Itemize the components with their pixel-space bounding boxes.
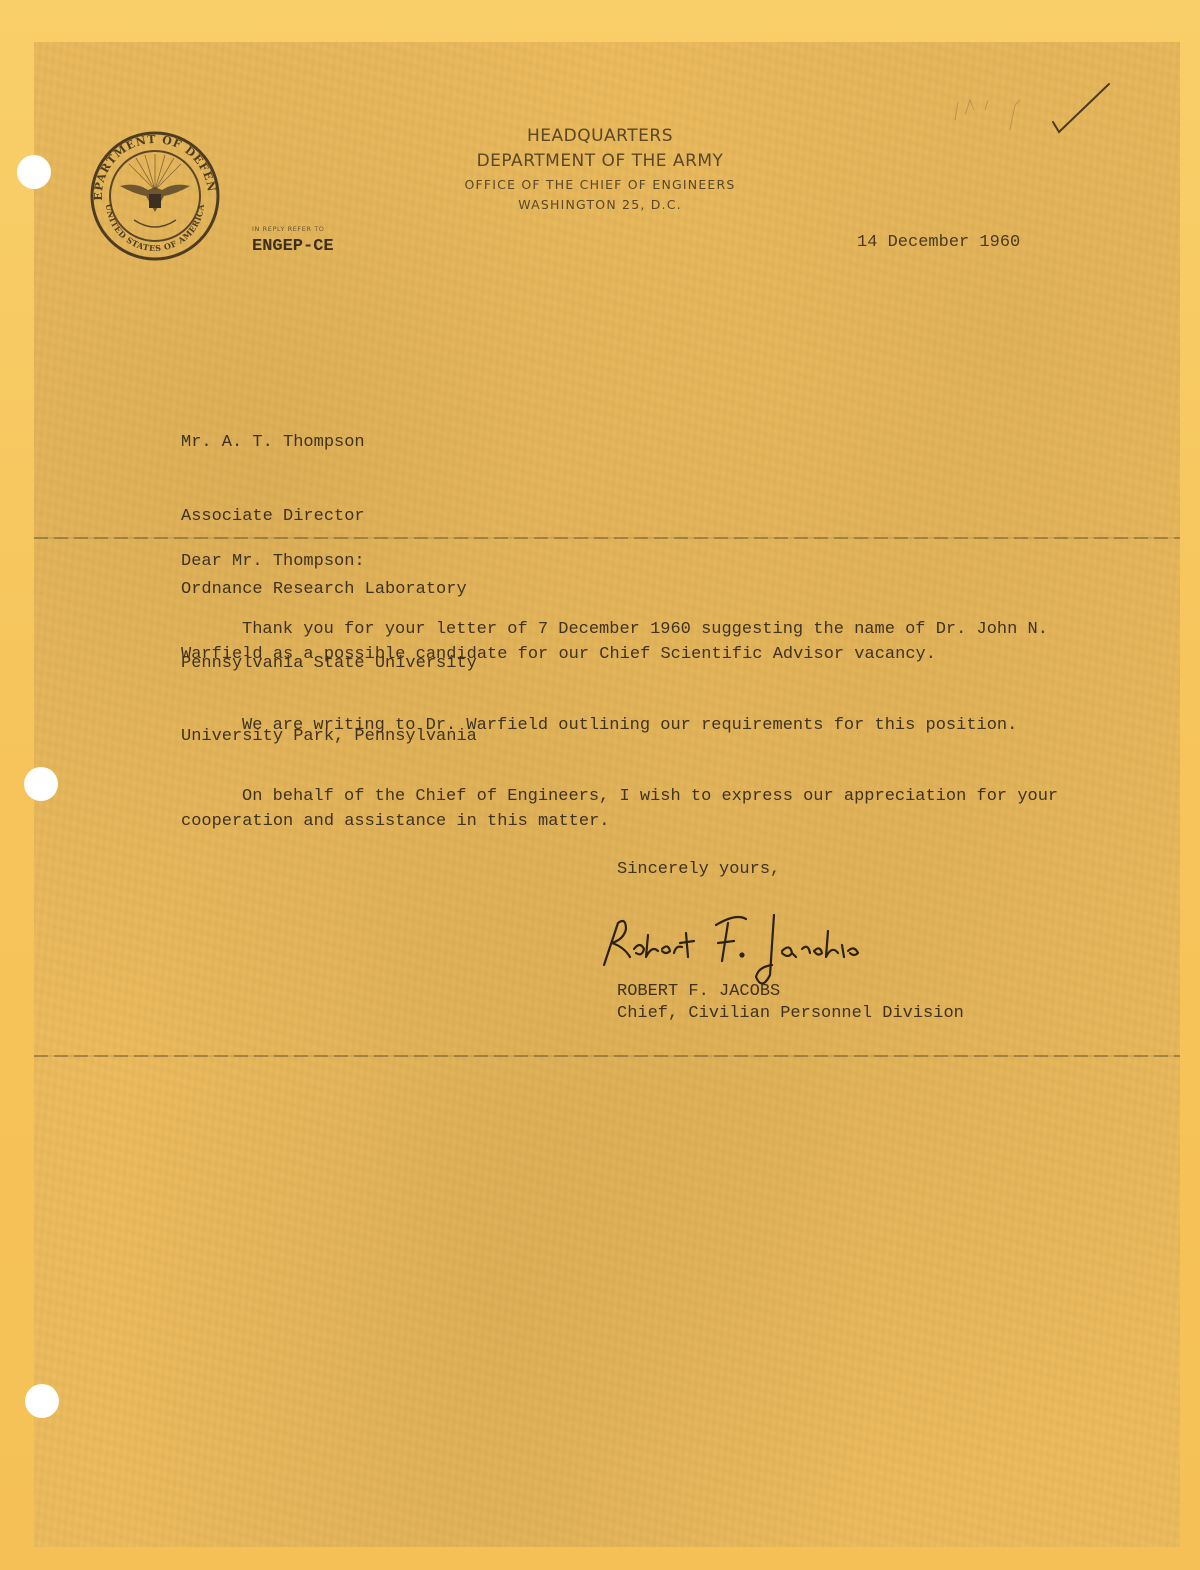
body-paragraph: Thank you for your letter of 7 December … xyxy=(181,618,1101,667)
paragraph-text: On behalf of the Chief of Engineers, I w… xyxy=(181,787,1058,831)
body-paragraph: We are writing to Dr. Warfield outlining… xyxy=(181,714,1101,739)
letterhead-department: DEPARTMENT OF THE ARMY xyxy=(400,148,800,174)
recipient-name: Mr. A. T. Thompson xyxy=(181,431,477,456)
reference-code: ENGEP-CE xyxy=(252,237,334,256)
check-icon xyxy=(1045,80,1115,140)
salutation: Dear Mr. Thompson: xyxy=(181,550,365,575)
body-paragraph: On behalf of the Chief of Engineers, I w… xyxy=(181,785,1101,834)
letter-date: 14 December 1960 xyxy=(857,233,1020,252)
fold-line xyxy=(34,1055,1180,1057)
letterhead-address: WASHINGTON 25, D.C. xyxy=(400,196,800,214)
letterhead: HEADQUARTERS DEPARTMENT OF THE ARMY OFFI… xyxy=(400,124,800,214)
recipient-title: Associate Director xyxy=(181,505,477,530)
letterhead-office: OFFICE OF THE CHIEF OF ENGINEERS xyxy=(400,174,800,196)
paragraph-text: Thank you for your letter of 7 December … xyxy=(181,620,1048,664)
letterhead-headquarters: HEADQUARTERS xyxy=(400,124,800,148)
punch-hole xyxy=(17,155,51,189)
closing: Sincerely yours, xyxy=(617,858,780,883)
signer-title: Chief, Civilian Personnel Division xyxy=(617,1002,964,1027)
recipient-organization: Ordnance Research Laboratory xyxy=(181,578,477,603)
department-of-defense-seal-icon: DEPARTMENT OF DEFENSE UNITED STATES OF A… xyxy=(84,130,226,262)
punch-hole xyxy=(25,1384,59,1418)
punch-hole xyxy=(24,767,58,801)
reply-refer-label: IN REPLY REFER TO xyxy=(252,225,325,233)
pencil-notation-icon xyxy=(940,80,1030,140)
paragraph-text: We are writing to Dr. Warfield outlining… xyxy=(242,716,1017,735)
signer-name: ROBERT F. JACOBS xyxy=(617,980,780,1005)
